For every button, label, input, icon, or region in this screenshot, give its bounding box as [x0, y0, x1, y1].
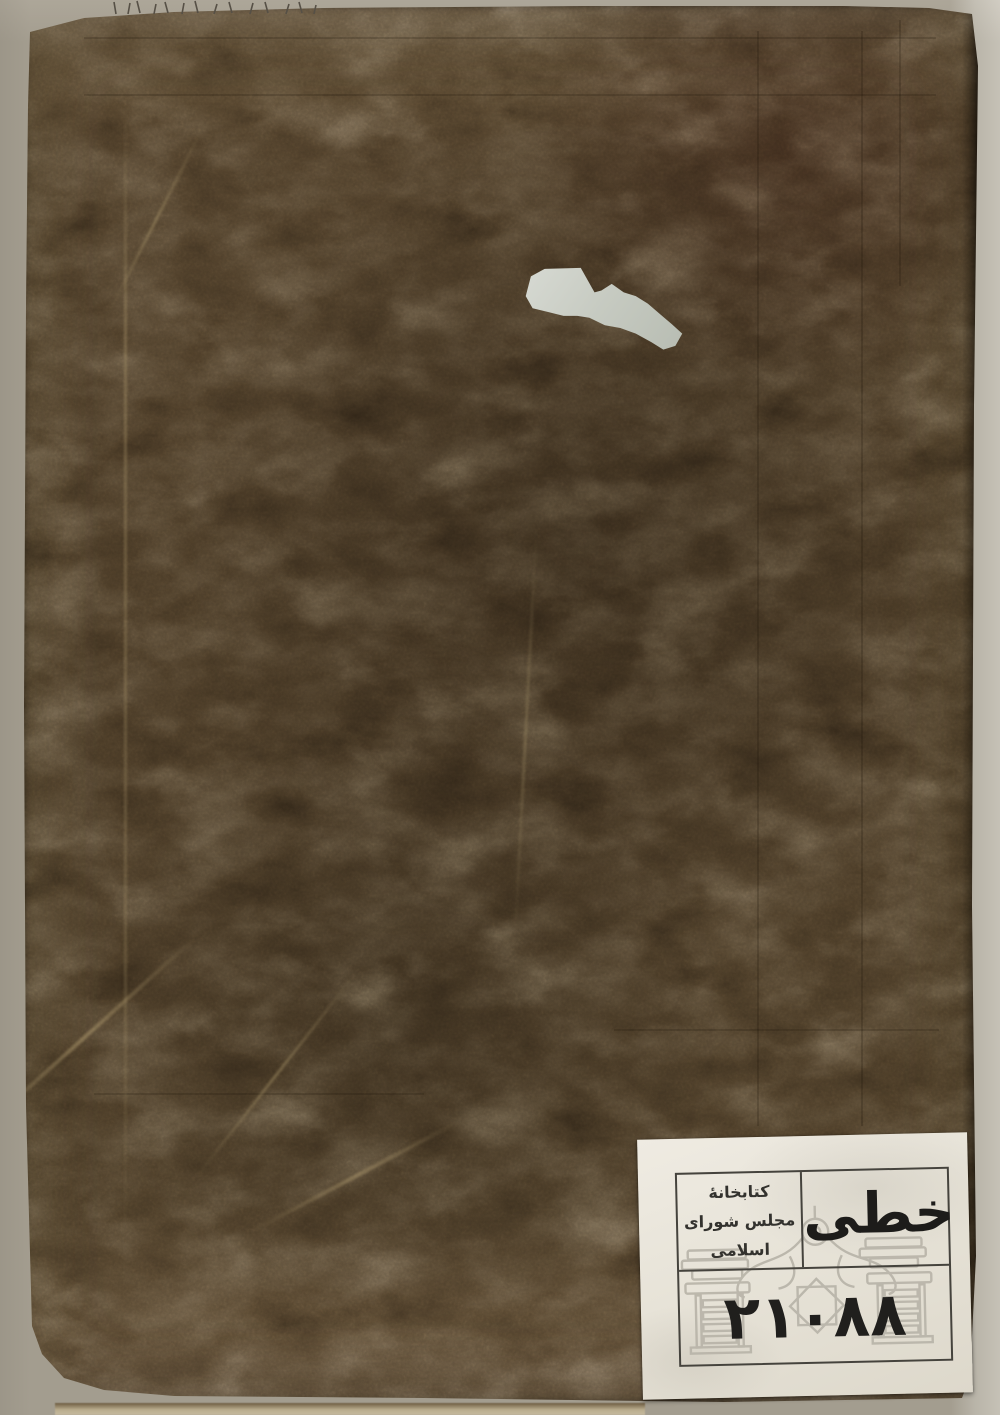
library-name-line3: اسلامی	[710, 1235, 770, 1265]
page-edges-below-cover	[55, 1403, 645, 1415]
scanned-page: کتابخانهٔ مجلس شورای اسلامی خطی ۲۱۰۸۸	[0, 0, 1000, 1415]
library-name: کتابخانهٔ مجلس شورای اسلامی	[677, 1172, 804, 1270]
binding-stitch-threads	[110, 0, 320, 16]
library-label: کتابخانهٔ مجلس شورای اسلامی خطی ۲۱۰۸۸	[637, 1132, 973, 1399]
manuscript-category: خطی	[802, 1169, 956, 1267]
accession-number: ۲۱۰۸۸	[679, 1266, 951, 1365]
label-top-row: کتابخانهٔ مجلس شورای اسلامی خطی	[677, 1169, 949, 1272]
library-name-line2: مجلس شورای	[684, 1205, 796, 1237]
label-table: کتابخانهٔ مجلس شورای اسلامی خطی ۲۱۰۸۸	[675, 1167, 953, 1367]
leather-crease	[124, 96, 127, 1246]
library-name-line1: کتابخانهٔ	[708, 1177, 770, 1207]
